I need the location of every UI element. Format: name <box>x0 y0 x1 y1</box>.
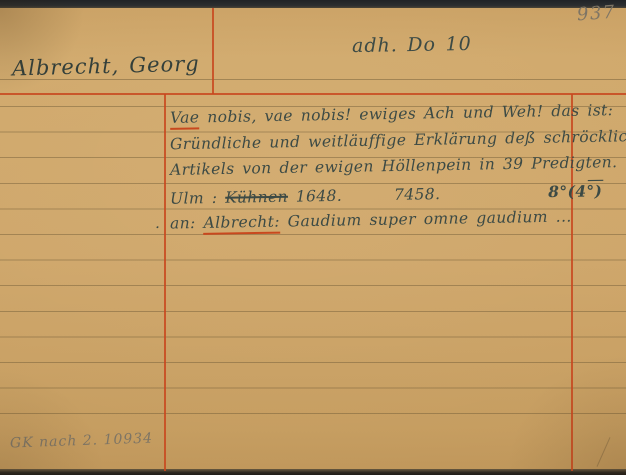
bound-with-author: Albrecht: <box>203 213 280 235</box>
red-margin-left <box>164 94 166 471</box>
host-shelfmark: adh. Do 10 <box>352 33 472 57</box>
ruled-line-header <box>0 79 626 80</box>
card-number: 937 <box>576 2 616 26</box>
title-underlined-word: Vae <box>170 108 200 130</box>
red-divider-top <box>212 8 214 94</box>
pencil-note: GK nach 2. 10934 <box>10 431 154 452</box>
red-margin-right <box>571 94 573 471</box>
crease-mark <box>597 437 611 467</box>
catalog-card-scan: Albrecht, Georg adh. Do 10 937 Vae nobis… <box>0 0 626 475</box>
author-heading: Albrecht, Georg <box>12 52 200 81</box>
right-column-dash: — <box>587 170 605 190</box>
imprint-place: Ulm : <box>170 189 218 208</box>
scan-edge-bottom <box>0 469 626 475</box>
old-accession-number: 7458. <box>394 185 441 204</box>
margin-dot: . <box>155 214 160 232</box>
ruled-lines <box>0 106 626 415</box>
imprint-printer-struck: Kühnen <box>225 188 288 207</box>
scan-edge-top <box>0 0 626 8</box>
imprint-year: 1648. <box>296 187 343 206</box>
bound-with-prefix: an: <box>170 214 196 232</box>
red-header-rule <box>0 93 626 95</box>
